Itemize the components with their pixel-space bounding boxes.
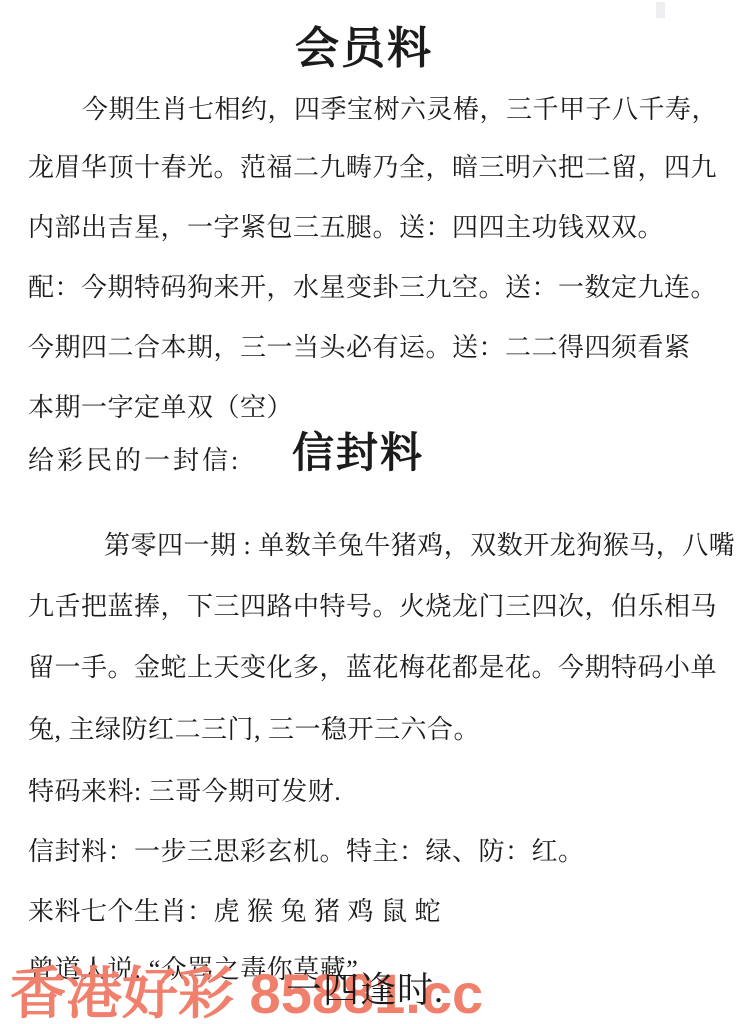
envelope-line: 第零四一期 : 单数羊兔牛猪鸡，双数开龙狗猴马，八嘴 xyxy=(104,530,735,561)
member-line: 配：今期特码狗来开，水星变卦三九空。送：一数定九连。 xyxy=(28,272,717,303)
member-line: 内部出吉星，一字紧包三五腿。送：四四主功钱双双。 xyxy=(28,212,664,243)
member-line: 今期四二合本期，三一当头必有运。送：二二得四须看紧 xyxy=(28,332,691,363)
envelope-line: 信封料：一步三思彩玄机。特主：绿、防：红。 xyxy=(28,836,585,867)
envelope-line: 来料七个生肖：虎 猴 兔 猪 鸡 鼠 蛇 xyxy=(28,896,441,927)
envelope-line: 留一手。金蛇上天变化多，蓝花梅花都是花。今期特码小单 xyxy=(28,652,717,683)
member-line: 今期生肖七相约，四季宝树六灵椿，三千甲子八千寿， xyxy=(82,94,718,125)
envelope-line: 兔, 主绿防红二三门, 三一稳开三六合。 xyxy=(28,714,480,745)
member-line: 本期一字定单双（空） xyxy=(28,392,293,423)
envelope-intro-label: 给彩民的一封信: xyxy=(28,440,241,477)
member-line: 龙眉华顶十春光。范福二九畴乃全，暗三明六把二留，四九 xyxy=(28,152,717,183)
handwritten-note: 一四逢时. xyxy=(286,962,444,1013)
member-section-title: 会员料 xyxy=(0,12,748,76)
envelope-line: 特码来料: 三哥今期可发财. xyxy=(28,776,341,807)
envelope-line: 九舌把蓝捧，下三四路中特号。火烧龙门三四次，伯乐相马 xyxy=(28,591,717,622)
envelope-section-title: 信封料 xyxy=(292,420,424,480)
document-page: 会员料 今期生肖七相约，四季宝树六灵椿，三千甲子八千寿， 龙眉华顶十春光。范福二… xyxy=(0,0,748,1024)
